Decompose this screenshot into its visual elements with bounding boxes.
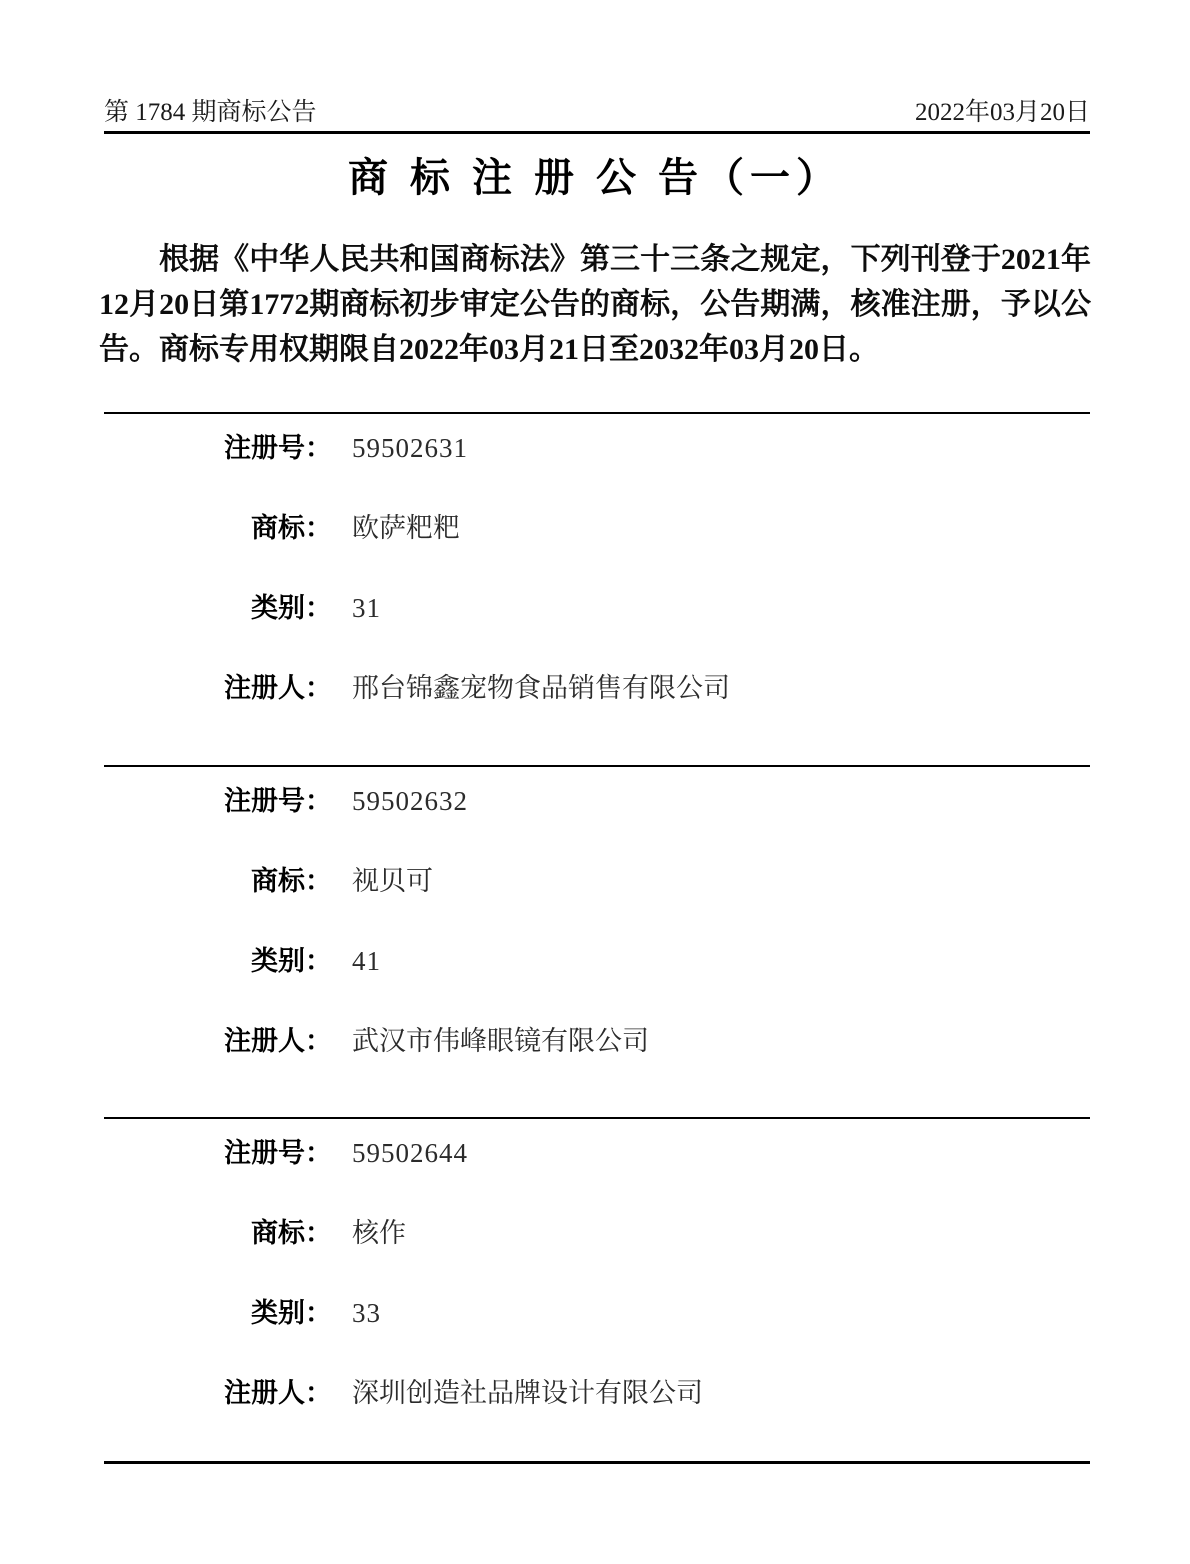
gazette-page: 第 1784 期商标公告 2022年03月20日 商 标 注 册 公 告（一） … xyxy=(0,0,1190,1564)
record-row-category: 类别： 31 xyxy=(104,590,1090,626)
record-divider xyxy=(104,412,1090,414)
trademark-record: 注册号： 59502631 商标： 欧萨粑粑 类别： 31 注册人： 邢台锦鑫宠… xyxy=(104,412,1090,750)
trademark-label: 商标： xyxy=(104,863,332,899)
record-row-trademark: 商标： 欧萨粑粑 xyxy=(104,510,1090,546)
regno-label: 注册号： xyxy=(104,783,332,819)
regno-value: 59502644 xyxy=(352,1135,468,1171)
record-row-regno: 注册号： 59502644 xyxy=(104,1135,1090,1171)
record-row-registrant: 注册人： 深圳创造社品牌设计有限公司 xyxy=(104,1375,1090,1411)
category-value: 31 xyxy=(352,590,381,626)
trademark-label: 商标： xyxy=(104,510,332,546)
record-row-regno: 注册号： 59502631 xyxy=(104,430,1090,466)
record-row-regno: 注册号： 59502632 xyxy=(104,783,1090,819)
record-row-trademark: 商标： 核作 xyxy=(104,1215,1090,1251)
category-label: 类别： xyxy=(104,590,332,626)
trademark-value: 欧萨粑粑 xyxy=(352,510,460,546)
registrant-value: 深圳创造社品牌设计有限公司 xyxy=(352,1375,703,1411)
trademark-record: 注册号： 59502644 商标： 核作 类别： 33 注册人： 深圳创造社品牌… xyxy=(104,1117,1090,1455)
regno-label: 注册号： xyxy=(104,1135,332,1171)
registrant-value: 武汉市伟峰眼镜有限公司 xyxy=(352,1023,649,1059)
category-label: 类别： xyxy=(104,943,332,979)
record-row-registrant: 注册人： 武汉市伟峰眼镜有限公司 xyxy=(104,1023,1090,1059)
registrant-label: 注册人： xyxy=(104,1023,332,1059)
header-date-text: 2022年03月20日 xyxy=(915,92,1090,128)
bottom-divider xyxy=(104,1461,1090,1464)
category-value: 41 xyxy=(352,943,381,979)
registrant-label: 注册人： xyxy=(104,1375,332,1411)
category-label: 类别： xyxy=(104,1295,332,1331)
header-issue-text: 第 1784 期商标公告 xyxy=(104,92,317,128)
trademark-value: 视贝可 xyxy=(352,863,433,899)
category-value: 33 xyxy=(352,1295,381,1331)
regno-value: 59502631 xyxy=(352,430,468,466)
record-divider xyxy=(104,765,1090,767)
record-row-trademark: 商标： 视贝可 xyxy=(104,863,1090,899)
page-header: 第 1784 期商标公告 2022年03月20日 xyxy=(104,92,1090,128)
regno-label: 注册号： xyxy=(104,430,332,466)
regno-value: 59502632 xyxy=(352,783,468,819)
registrant-value: 邢台锦鑫宠物食品销售有限公司 xyxy=(352,670,730,706)
record-divider xyxy=(104,1117,1090,1119)
page-title: 商 标 注 册 公 告（一） xyxy=(0,146,1190,203)
record-row-category: 类别： 41 xyxy=(104,943,1090,979)
registrant-label: 注册人： xyxy=(104,670,332,706)
trademark-record: 注册号： 59502632 商标： 视贝可 类别： 41 注册人： 武汉市伟峰眼… xyxy=(104,765,1090,1103)
intro-paragraph: 根据《中华人民共和国商标法》第三十三条之规定，下列刊登于2021年12月20日第… xyxy=(99,237,1091,372)
trademark-value: 核作 xyxy=(352,1215,406,1251)
trademark-label: 商标： xyxy=(104,1215,332,1251)
record-row-category: 类别： 33 xyxy=(104,1295,1090,1331)
record-row-registrant: 注册人： 邢台锦鑫宠物食品销售有限公司 xyxy=(104,670,1090,706)
header-divider xyxy=(104,131,1090,134)
